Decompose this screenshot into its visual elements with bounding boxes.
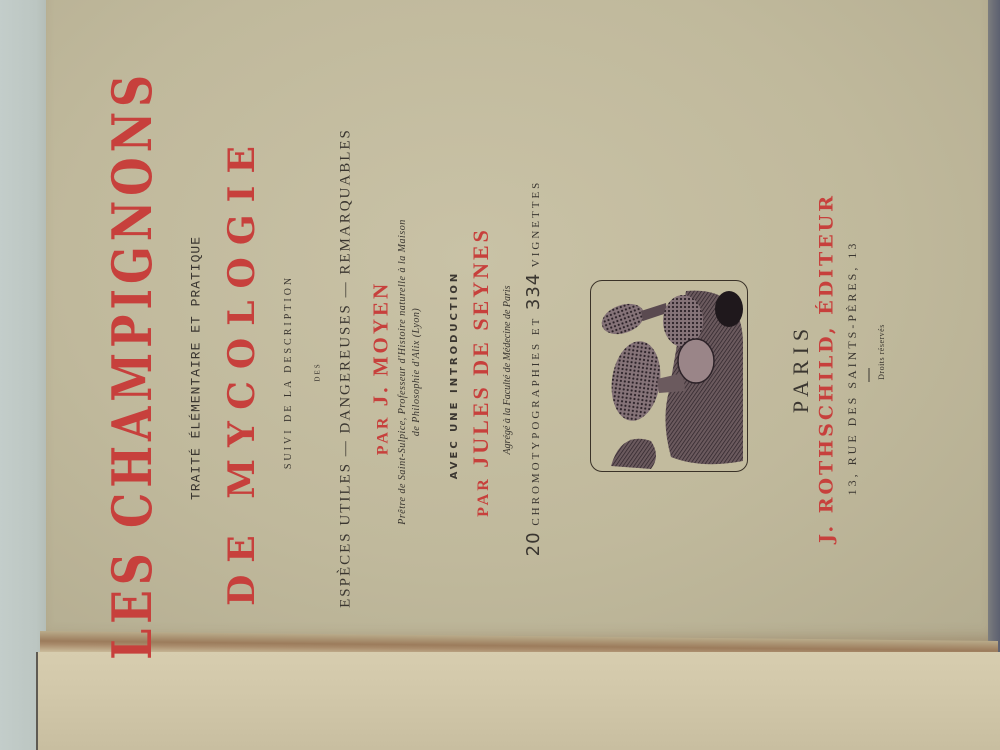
plates-label: CHROMOTYPOGRAPHIES (530, 341, 542, 526)
vignettes-count: 334 (523, 273, 544, 310)
plates-count: 20 (523, 531, 544, 556)
introduction-label: AVEC UNE INTRODUCTION (450, 271, 460, 480)
imprint-publisher: J. ROTHSCHILD, ÉDITEUR (818, 193, 837, 543)
species-line: ESPÈCES UTILES — DANGEREUSES — REMARQUAB… (339, 128, 354, 608)
mushroom-illustration (591, 281, 747, 471)
author-prefix: PAR (375, 415, 392, 456)
book-subtitle: TRAITÉ ÉLÉMENTAIRE ET PRATIQUE (190, 236, 203, 500)
author-name: J. MOYEN (369, 281, 393, 407)
mushroom-engraving-icon (590, 280, 748, 472)
des-line: DES (315, 362, 322, 381)
imprint-city: PARIS (790, 323, 812, 413)
conjunction: ET (530, 316, 542, 335)
illustrations-line: 20 CHROMOTYPOGRAPHIES ET 334 VIGNETTES (525, 180, 543, 557)
introduction-prefix: PAR (475, 476, 492, 517)
rights-notice: Droits réservés (878, 324, 886, 380)
author-line: PAR J. MOYEN (371, 281, 392, 455)
divider-rule (869, 368, 870, 382)
followed-by-line: SUIVI DE LA DESCRIPTION (284, 275, 294, 469)
book-title: LES CHAMPIGNONS (105, 70, 159, 660)
book-subject: DE MYCOLOGIE (224, 134, 260, 606)
vignettes-label: VIGNETTES (530, 180, 542, 268)
facing-page (36, 652, 1000, 750)
author-credit-1: Prêtre de Saint-Sulpice, Professeur d'Hi… (398, 219, 408, 524)
introduction-author-line: PAR JULES DE SEYNES (470, 227, 492, 517)
introduction-author-name: JULES DE SEYNES (468, 227, 493, 468)
imprint-address: 13, RUE DES SAINTS-PÈRES, 13 (846, 241, 858, 496)
introduction-credit: Agrégé à la Faculté de Médecine de Paris (503, 285, 513, 454)
author-credit-2: de Philosophie d'Alix (Lyon) (412, 308, 422, 436)
